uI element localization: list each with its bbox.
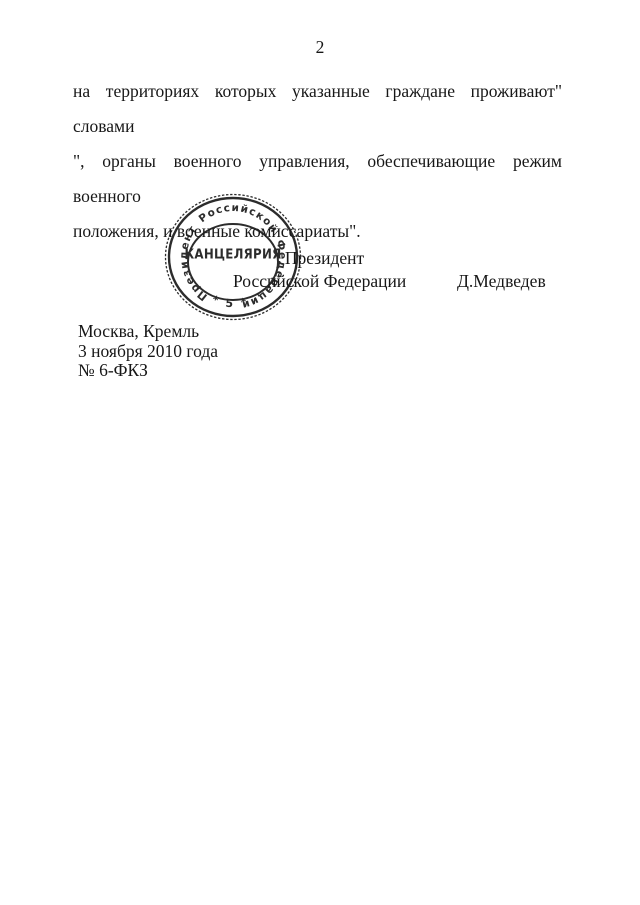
stamp-bottom-text: * 5 * bbox=[210, 293, 251, 311]
page-number: 2 bbox=[0, 39, 640, 57]
footer-number: № 6-ФКЗ bbox=[78, 361, 218, 381]
signature-block: Президент Российской Федерации bbox=[233, 247, 416, 293]
body-line-3: положения, и военные комиссариаты". bbox=[73, 214, 562, 249]
footer-place: Москва, Кремль bbox=[78, 322, 218, 342]
body-line-1: на территориях которых указанные граждан… bbox=[73, 74, 562, 144]
body-paragraph: на территориях которых указанные граждан… bbox=[73, 74, 562, 249]
document-page: 2 на территориях которых указанные гражд… bbox=[0, 0, 640, 905]
footer-date: 3 ноября 2010 года bbox=[78, 342, 218, 362]
body-line-2: ", органы военного управления, обеспечив… bbox=[73, 144, 562, 214]
signature-title-line1: Президент bbox=[233, 247, 416, 270]
signature-title-line2: Российской Федерации bbox=[233, 270, 416, 293]
footer-block: Москва, Кремль 3 ноября 2010 года № 6-ФК… bbox=[78, 322, 218, 381]
signature-name: Д.Медведев bbox=[457, 270, 546, 293]
